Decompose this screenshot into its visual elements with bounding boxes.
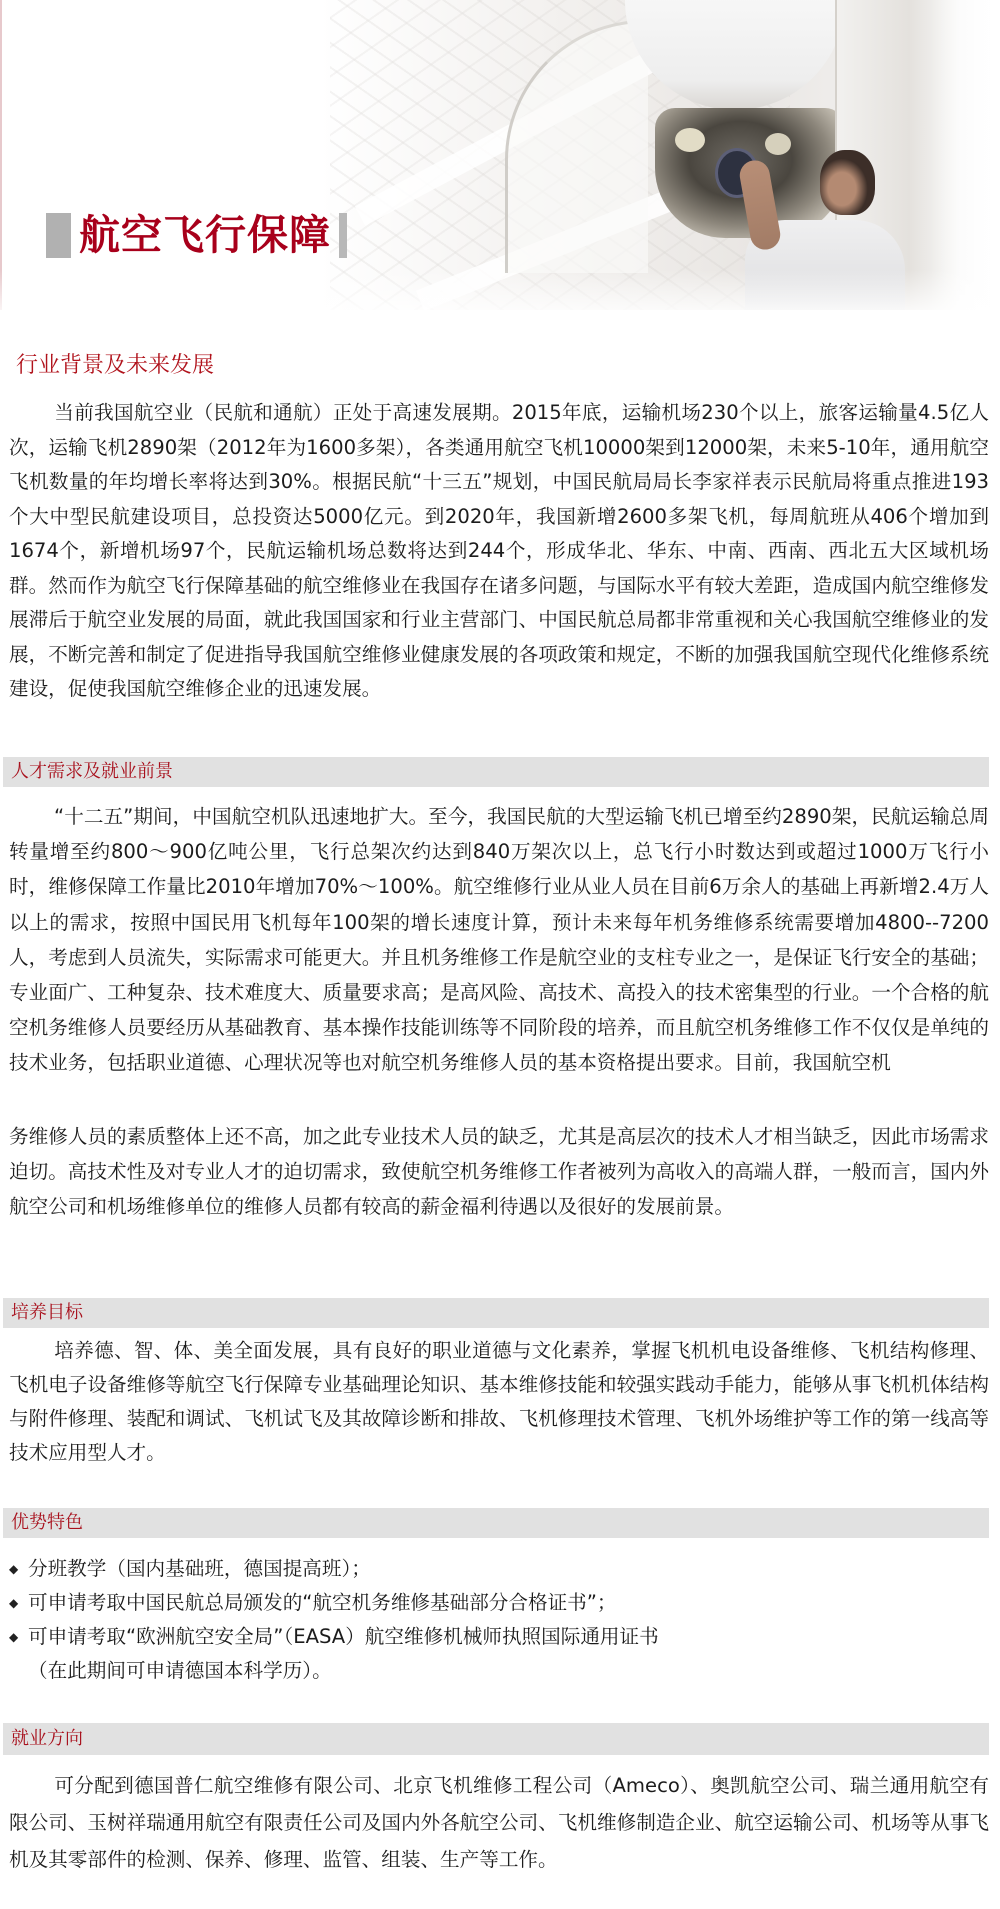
- list-item-text: 可申请考取“欧洲航空安全局”（EASA）航空维修机械师执照国际通用证书（在此期间…: [28, 1625, 659, 1682]
- section-title-advantages: 优势特色: [11, 1511, 83, 1535]
- section-header-training-goals: 培养目标: [3, 1298, 989, 1328]
- training-goals-paragraph: 培养德、智、体、美全面发展，具有良好的职业道德与文化素养，掌握飞机机电设备维修、…: [9, 1334, 989, 1470]
- list-item: ◆ 可申请考取“欧洲航空安全局”（EASA）航空维修机械师执照国际通用证书（在此…: [8, 1620, 663, 1688]
- title-bar-left: [46, 213, 71, 258]
- page-title: 航空飞行保障: [46, 213, 347, 258]
- talent-demand-paragraph-b: 务维修人员的素质整体上还不高，加之此专业技术人员的缺乏，尤其是高层次的技术人才相…: [9, 1119, 989, 1224]
- banner-fade: [0, 270, 1000, 310]
- industry-background-paragraph: 当前我国航空业（民航和通航）正处于高速发展期。2015年底，运输机场230个以上…: [9, 396, 989, 707]
- section-title-training-goals: 培养目标: [11, 1301, 83, 1325]
- paragraph-text: “十二五”期间，中国航空机队迅速地扩大。至今，我国民航的大型运输飞机已增至约28…: [9, 805, 989, 1074]
- paragraph-text: 可分配到德国普仁航空维修有限公司、北京飞机维修工程公司（Ameco）、奥凯航空公…: [9, 1774, 989, 1871]
- advantages-list: ◆ 分班教学（国内基础班，德国提高班）； ◆ 可申请考取中国民航总局颁发的“航空…: [8, 1552, 708, 1688]
- section-header-talent-demand: 人才需求及就业前景: [3, 757, 989, 787]
- diamond-bullet-icon: ◆: [9, 1586, 18, 1620]
- page-title-text: 航空飞行保障: [79, 213, 331, 258]
- employment-paragraph: 可分配到德国普仁航空维修有限公司、北京飞机维修工程公司（Ameco）、奥凯航空公…: [9, 1767, 989, 1878]
- engine-component: [765, 133, 791, 155]
- section-title-employment: 就业方向: [11, 1727, 83, 1751]
- section-header-employment: 就业方向: [3, 1723, 989, 1755]
- diamond-bullet-icon: ◆: [9, 1552, 18, 1586]
- list-item: ◆ 分班教学（国内基础班，德国提高班）；: [8, 1552, 708, 1586]
- title-bar-right: [339, 213, 347, 258]
- section-header-advantages: 优势特色: [3, 1508, 989, 1538]
- diamond-bullet-icon: ◆: [9, 1620, 18, 1654]
- list-item-text: 可申请考取中国民航总局颁发的“航空机务维修基础部分合格证书”；: [28, 1591, 617, 1614]
- talent-demand-paragraph-a: “十二五”期间，中国航空机队迅速地扩大。至今，我国民航的大型运输飞机已增至约28…: [9, 799, 989, 1081]
- list-item: ◆ 可申请考取中国民航总局颁发的“航空机务维修基础部分合格证书”；: [8, 1586, 708, 1620]
- section-title-talent-demand: 人才需求及就业前景: [11, 760, 173, 784]
- engine-component: [675, 128, 705, 152]
- paragraph-text: 当前我国航空业（民航和通航）正处于高速发展期。2015年底，运输机场230个以上…: [9, 401, 989, 700]
- banner-fade: [930, 0, 1000, 310]
- paragraph-text: 务维修人员的素质整体上还不高，加之此专业技术人员的缺乏，尤其是高层次的技术人才相…: [9, 1125, 989, 1218]
- hero-banner: 航空飞行保障: [0, 0, 1000, 310]
- paragraph-text: 培养德、智、体、美全面发展，具有良好的职业道德与文化素养，掌握飞机机电设备维修、…: [9, 1339, 989, 1464]
- list-item-text: 分班教学（国内基础班，德国提高班）；: [28, 1557, 371, 1580]
- mechanic-head: [820, 150, 875, 215]
- banner-left-border: [0, 0, 2, 310]
- section-title-industry-background: 行业背景及未来发展: [16, 352, 214, 380]
